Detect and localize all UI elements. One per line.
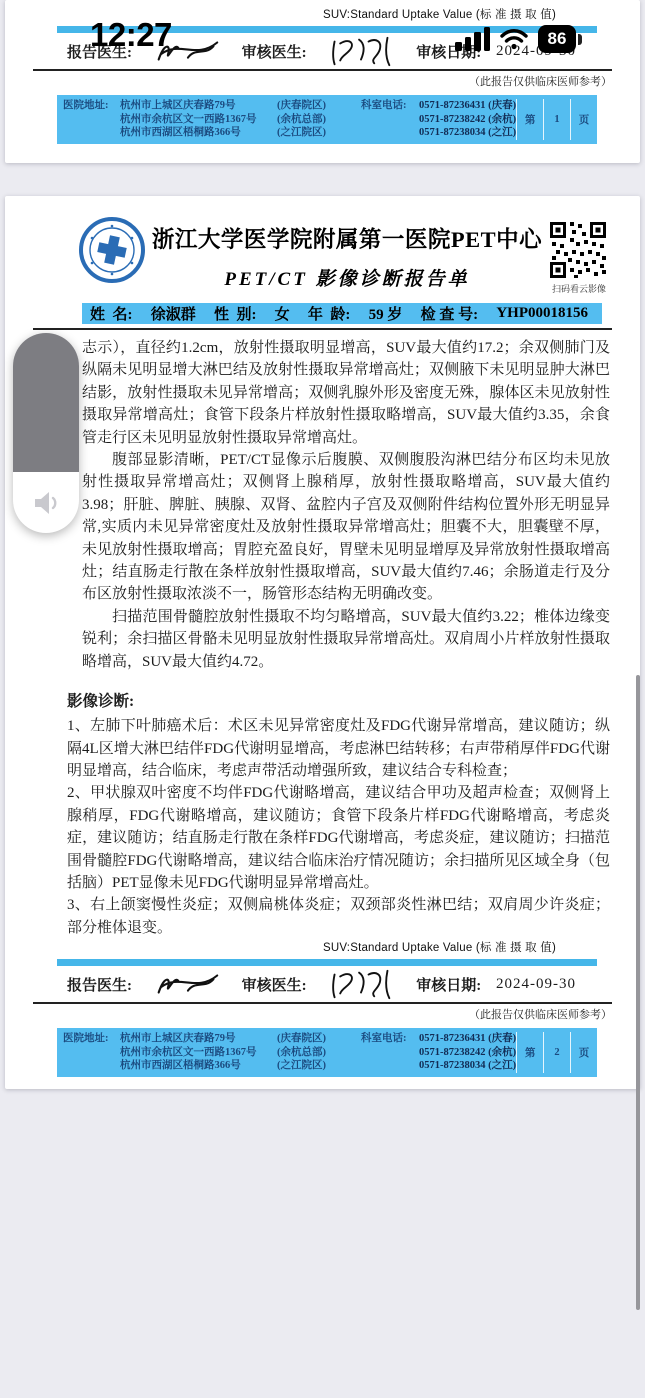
page-word-prefix: 第 xyxy=(516,1032,543,1073)
phone-label: 科室电话: xyxy=(361,99,419,113)
speaker-icon xyxy=(33,491,60,515)
campus-name: (余杭总部) xyxy=(277,1046,361,1060)
wifi-icon xyxy=(499,27,529,51)
phone-number: 0571-87238242 (余杭) xyxy=(419,113,516,127)
page-word-suffix: 页 xyxy=(570,1032,597,1073)
page2-footer: SUV:Standard Uptake Value (标 准 摄 取 值) 报告… xyxy=(5,939,640,1125)
page-number: 1 xyxy=(543,99,570,140)
phone-label: 科室电话: xyxy=(361,1032,419,1046)
address-line: 杭州市西湖区梧桐路366号 xyxy=(120,126,277,140)
address-label: 医院地址: xyxy=(63,99,120,113)
patient-name: 徐淑群 xyxy=(151,303,196,324)
findings-paragraph: 扫描范围骨髓腔放射性摄取不均匀略增高，SUV最大值约3.22；椎体边缘变锐利；余… xyxy=(82,606,610,673)
suv-definition: SUV:Standard Uptake Value (标 准 摄 取 值) xyxy=(5,939,640,955)
diagnosis-item: 1、左肺下叶肺癌术后：术区未见异常密度灶及FDG代谢异常增高，建议随访；纵隔4L… xyxy=(67,715,610,782)
qr-caption: 扫码看云影像 xyxy=(548,282,610,295)
phone-number: 0571-87236431 (庆春) xyxy=(419,99,516,113)
page-indicator: 第 1 页 xyxy=(516,99,597,140)
review-doctor-signature-icon xyxy=(321,967,401,1001)
review-date-label: 审核日期: xyxy=(416,974,481,995)
campus-name: (庆春院区) xyxy=(277,99,361,113)
name-label: 姓 名: xyxy=(90,303,133,324)
exam-no: YHP00018156 xyxy=(496,305,588,322)
age-label: 年 龄: xyxy=(308,303,351,324)
hospital-name: 浙江大学医学院附属第一医院PET中心 xyxy=(146,222,548,254)
report-doctor-label: 报告医生: xyxy=(67,974,132,995)
address-line: 杭州市余杭区文一西路1367号 xyxy=(120,113,277,127)
diagnosis-item: 3、右上颌窦慢性炎症；双侧扁桃体炎症；双颈部炎性淋巴结；双肩周少许炎症；部分椎体… xyxy=(67,894,610,939)
report-header: 浙江大学医学院附属第一医院PET中心 PET/CT 影像诊断报告单 xyxy=(5,196,640,295)
campus-name: (庆春院区) xyxy=(277,1032,361,1046)
volume-slider[interactable] xyxy=(13,333,79,533)
review-doctor-signature-icon xyxy=(321,34,401,68)
hospital-address-block: 医院地址: 杭州市上城区庆春路79号 (庆春院区) 科室电话: 0571-872… xyxy=(57,1028,597,1077)
status-bar-icons: 86 xyxy=(455,24,582,54)
patient-age: 59 岁 xyxy=(369,303,403,324)
exam-no-label: 检 查 号: xyxy=(421,303,479,324)
battery-cap xyxy=(578,34,582,45)
campus-name: (之江院区) xyxy=(277,1059,361,1073)
title-block: 浙江大学医学院附属第一医院PET中心 PET/CT 影像诊断报告单 xyxy=(146,214,548,291)
patient-info-bar: 姓 名: 徐淑群 性 别: 女 年 龄: 59 岁 检 查 号: YHP0001… xyxy=(82,303,602,324)
cellular-signal-icon xyxy=(455,27,490,51)
findings-paragraph: 腹部显影清晰，PET/CT显像示后腹膜、双侧腹股沟淋巴结分布区均未见放射性摄取异… xyxy=(82,449,610,606)
patient-gender: 女 xyxy=(275,303,290,324)
address-grid: 医院地址: 杭州市上城区庆春路79号 (庆春院区) 科室电话: 0571-872… xyxy=(63,99,516,140)
battery-icon: 86 xyxy=(538,25,582,53)
address-line: 杭州市上城区庆春路79号 xyxy=(120,99,277,113)
volume-slider-fill[interactable] xyxy=(13,333,79,472)
campus-name: (之江院区) xyxy=(277,126,361,140)
campus-name: (余杭总部) xyxy=(277,113,361,127)
disclaimer-note: （此报告仅供临床医师参考） xyxy=(5,1006,640,1022)
phone-number: 0571-87236431 (庆春) xyxy=(419,1032,516,1046)
page-word-suffix: 页 xyxy=(570,99,597,140)
address-line: 杭州市上城区庆春路79号 xyxy=(120,1032,277,1046)
findings-paragraph: 志示），直径约1.2cm，放射性摄取明显增高，SUV最大值约17.2；余双侧肺门… xyxy=(82,337,610,449)
review-doctor-label: 审核医生: xyxy=(242,41,307,62)
hospital-address-block: 医院地址: 杭州市上城区庆春路79号 (庆春院区) 科室电话: 0571-872… xyxy=(57,95,597,144)
address-label: 医院地址: xyxy=(63,1032,120,1046)
review-doctor-label: 审核医生: xyxy=(242,974,307,995)
page-word-prefix: 第 xyxy=(516,99,543,140)
status-bar-time: 12:27 xyxy=(90,16,172,54)
phone-number: 0571-87238034 (之江) xyxy=(419,126,516,140)
diagnosis-heading: 影像诊断: xyxy=(5,673,640,711)
review-date: 2024-09-30 xyxy=(496,976,576,993)
qr-code-icon xyxy=(548,220,608,280)
page-indicator: 第 2 页 xyxy=(516,1032,597,1073)
address-line: 杭州市余杭区文一西路1367号 xyxy=(120,1046,277,1060)
address-grid: 医院地址: 杭州市上城区庆春路79号 (庆春院区) 科室电话: 0571-872… xyxy=(63,1032,516,1073)
disclaimer-note: （此报告仅供临床医师参考） xyxy=(5,73,640,89)
scrollbar-thumb[interactable] xyxy=(636,675,640,1310)
hospital-logo-icon xyxy=(78,216,146,284)
report-title: PET/CT 影像诊断报告单 xyxy=(146,264,548,291)
divider-bar xyxy=(57,959,597,966)
address-line: 杭州市西湖区梧桐路366号 xyxy=(120,1059,277,1073)
divider xyxy=(33,1002,612,1004)
phone-number: 0571-87238034 (之江) xyxy=(419,1059,516,1073)
battery-percent: 86 xyxy=(538,25,576,53)
findings-text: 志示），直径约1.2cm，放射性摄取明显增高，SUV最大值约17.2；余双侧肺门… xyxy=(5,330,640,673)
diagnosis-list: 1、左肺下叶肺癌术后：术区未见异常密度灶及FDG代谢异常增高，建议随访；纵隔4L… xyxy=(5,711,640,939)
divider xyxy=(33,69,612,71)
page-number: 2 xyxy=(543,1032,570,1073)
gender-label: 性 别: xyxy=(214,303,257,324)
signature-row: 报告医生: 审核医生: 审核日期: 2024-09-30 xyxy=(5,966,640,1000)
qr-block: 扫码看云影像 xyxy=(548,220,610,295)
report-page-2: 浙江大学医学院附属第一医院PET中心 PET/CT 影像诊断报告单 xyxy=(5,196,640,1089)
phone-number: 0571-87238242 (余杭) xyxy=(419,1046,516,1060)
diagnosis-item: 2、甲状腺双叶密度不均伴FDG代谢略增高，建议结合甲功及超声检查；双侧肾上腺稍厚… xyxy=(67,782,610,894)
report-doctor-signature-icon xyxy=(147,967,227,1001)
